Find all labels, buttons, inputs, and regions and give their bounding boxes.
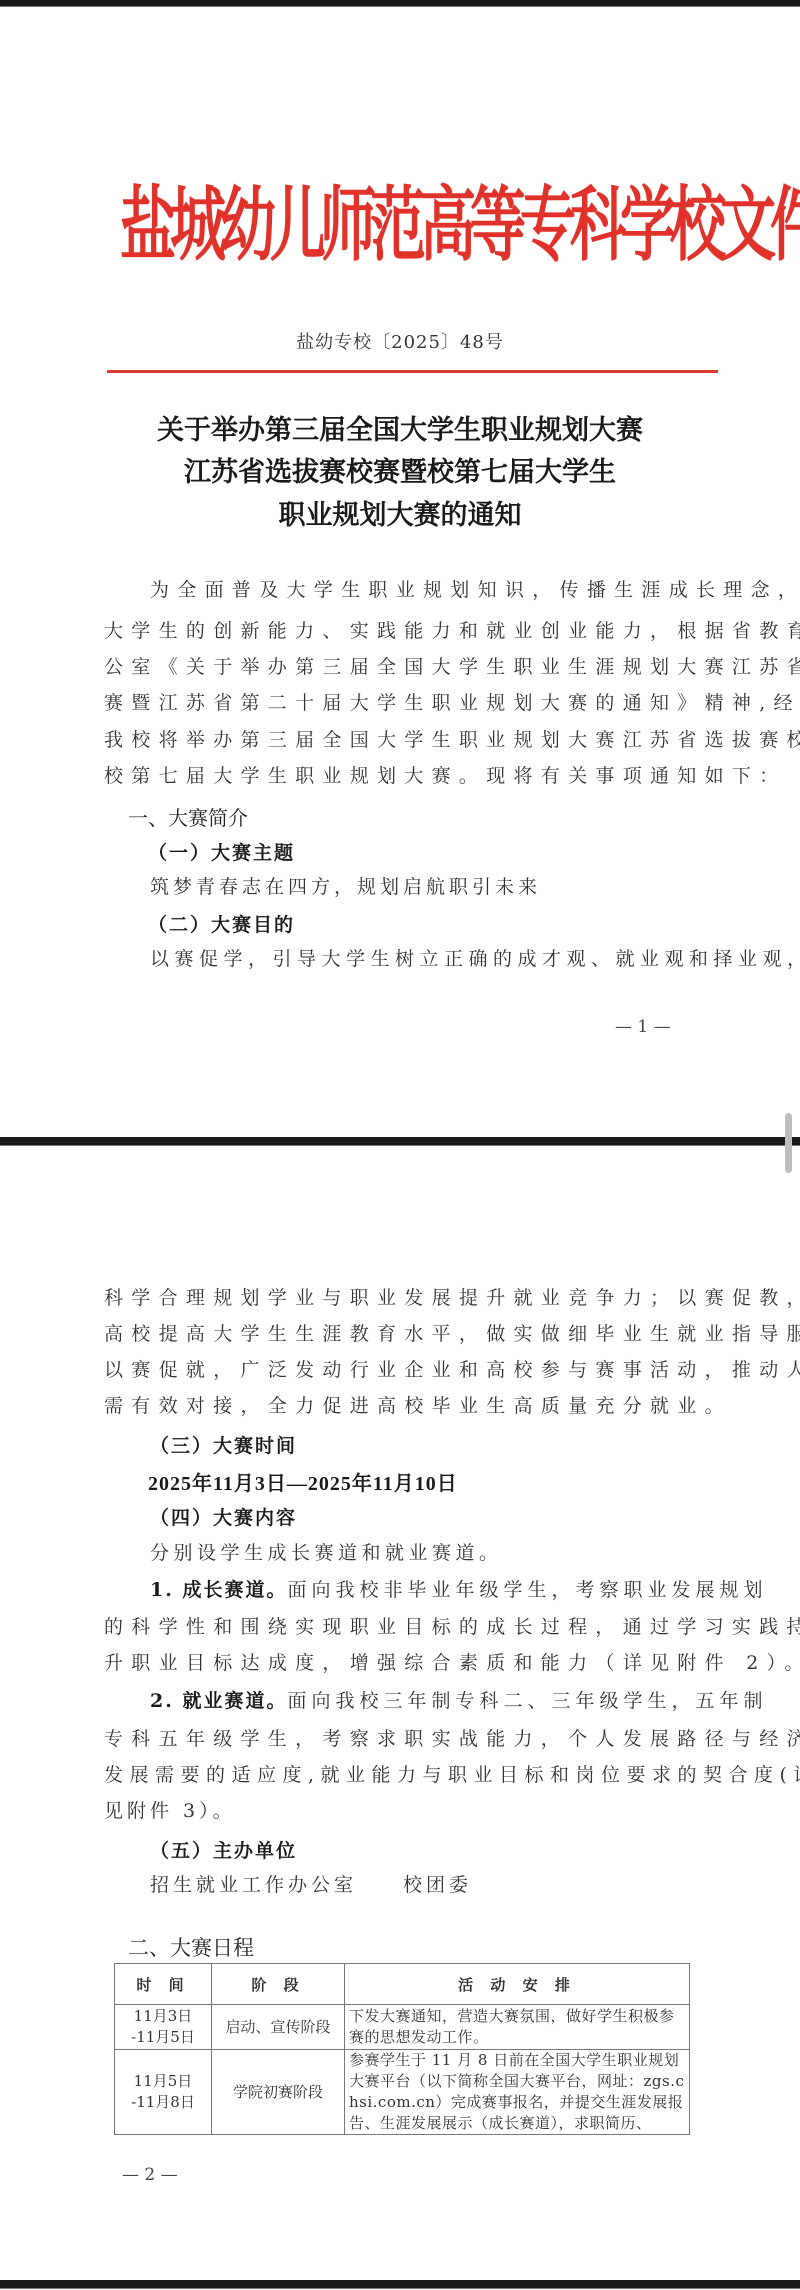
page-number: — 2 — <box>122 2165 178 2185</box>
body-line: 以赛促学，引导大学生树立正确的成才观、就业观和择业观， <box>150 946 750 972</box>
scrollbar-thumb[interactable] <box>785 1113 792 1173</box>
track2-label: 2. 就业赛道。 <box>150 1690 287 1712</box>
subheading-time: （三）大赛时间 <box>150 1431 297 1458</box>
organizer-text: 招生就业工作办公室 校团委 <box>150 1872 750 1898</box>
body-line: 以赛促就，广泛发动行业企业和高校参与赛事活动，推动人才供 <box>104 1357 704 1383</box>
body-line: 大学生的创新能力、实践能力和就业创业能力，根据省教育厅办 <box>104 618 704 644</box>
subheading-purpose: （二）大赛目的 <box>148 910 295 937</box>
cell-activity: 参赛学生于 11 月 8 日前在全国大学生职业规划大赛平台（以下简称全国大赛平台… <box>345 2050 690 2135</box>
body-line: 公室《关于举办第三届全国大学生职业生涯规划大赛江苏省选拔 <box>104 654 704 680</box>
cell-time: 11月5日-11月8日 <box>115 2050 212 2135</box>
header-time: 时 间 <box>115 1964 212 2005</box>
title-line-2: 江苏省选拔赛校赛暨校第七届大学生 <box>0 450 800 489</box>
body-line: 分别设学生成长赛道和就业赛道。 <box>150 1540 750 1566</box>
cell-activity: 下发大赛通知，营造大赛氛围，做好学生积极参赛的思想发动工作。 <box>345 2005 690 2050</box>
body-line: 校第七届大学生职业规划大赛。现将有关事项通知如下： <box>104 763 704 789</box>
time-start: 11月3日 <box>119 2006 207 2027</box>
cell-stage: 启动、宣传阶段 <box>212 2005 345 2050</box>
subheading-organizer: （五）主办单位 <box>150 1836 297 1863</box>
page-separator <box>0 1137 800 1146</box>
body-line: 赛暨江苏省第二十届大学生职业规划大赛的通知》精神,经研究, <box>104 690 704 716</box>
subheading-content: （四）大赛内容 <box>150 1503 297 1530</box>
section-heading-intro: 一、大赛简介 <box>128 802 248 831</box>
table-row: 11月3日-11月5日 启动、宣传阶段 下发大赛通知，营造大赛氛围，做好学生积极… <box>115 2005 690 2050</box>
competition-dates: 2025年11月3日—2025年11月10日 <box>148 1467 458 1496</box>
time-end: -11月8日 <box>119 2092 207 2113</box>
section-heading-schedule: 二、大赛日程 <box>128 1932 254 1962</box>
page-number: — 1 — <box>615 1017 671 1037</box>
track2-line-1: 2. 就业赛道。面向我校三年制专科二、三年级学生，五年制 <box>150 1688 750 1714</box>
body-line: 我校将举办第三届全国大学生职业规划大赛江苏省选拔赛校赛暨 <box>104 727 704 753</box>
table-row: 11月5日-11月8日 学院初赛阶段 参赛学生于 11 月 8 日前在全国大学生… <box>115 2050 690 2135</box>
track1-text: 面向我校非毕业年级学生，考察职业发展规划 <box>287 1579 767 1601</box>
document-red-header: 盐城幼儿师范高等专科学校文件 <box>120 147 680 307</box>
body-line: 为全面普及大学生职业规划知识，传播生涯成长理念，提高 <box>150 577 710 603</box>
bottom-edge-bar <box>0 2280 800 2289</box>
cell-stage: 学院初赛阶段 <box>212 2050 345 2135</box>
time-end: -11月5日 <box>119 2027 207 2048</box>
time-start: 11月5日 <box>119 2071 207 2092</box>
track1-line-1: 1. 成长赛道。面向我校非毕业年级学生，考察职业发展规划 <box>150 1577 750 1603</box>
body-line: 专科五年级学生，考察求职实战能力，个人发展路径与经济社会 <box>104 1726 704 1752</box>
schedule-table: 时 间 阶 段 活 动 安 排 11月3日-11月5日 启动、宣传阶段 下发大赛… <box>114 1963 690 2135</box>
track1-label: 1. 成长赛道。 <box>150 1579 287 1601</box>
subheading-theme: （一）大赛主题 <box>148 838 295 865</box>
body-line: 需有效对接，全力促进高校毕业生高质量充分就业。 <box>104 1393 704 1419</box>
body-line: 的科学性和围绕实现职业目标的成长过程，通过学习实践持续提 <box>104 1614 704 1640</box>
table-header-row: 时 间 阶 段 活 动 安 排 <box>115 1964 690 2005</box>
header-stage: 阶 段 <box>212 1964 345 2005</box>
body-line: 见附件 3）。 <box>104 1798 704 1824</box>
theme-text: 筑梦青春志在四方，规划启航职引未来 <box>150 874 750 900</box>
body-line: 科学合理规划学业与职业发展提升就业竞争力；以赛促教，促进 <box>104 1285 704 1311</box>
title-line-1: 关于举办第三届全国大学生职业规划大赛 <box>0 408 800 447</box>
track2-text: 面向我校三年制专科二、三年级学生，五年制 <box>287 1690 767 1712</box>
red-divider-rule <box>107 370 718 373</box>
cell-time: 11月3日-11月5日 <box>115 2005 212 2050</box>
title-line-3: 职业规划大赛的通知 <box>0 493 800 532</box>
body-line: 升职业目标达成度，增强综合素质和能力（详见附件 2）。 <box>104 1650 704 1676</box>
document-number: 盐幼专校〔2025〕48号 <box>0 328 800 354</box>
body-line: 发展需要的适应度,就业能力与职业目标和岗位要求的契合度(详 <box>104 1762 704 1788</box>
top-edge-bar <box>0 0 800 7</box>
header-activity: 活 动 安 排 <box>345 1964 690 2005</box>
body-line: 高校提高大学生生涯教育水平，做实做细毕业生就业指导服务； <box>104 1321 704 1347</box>
